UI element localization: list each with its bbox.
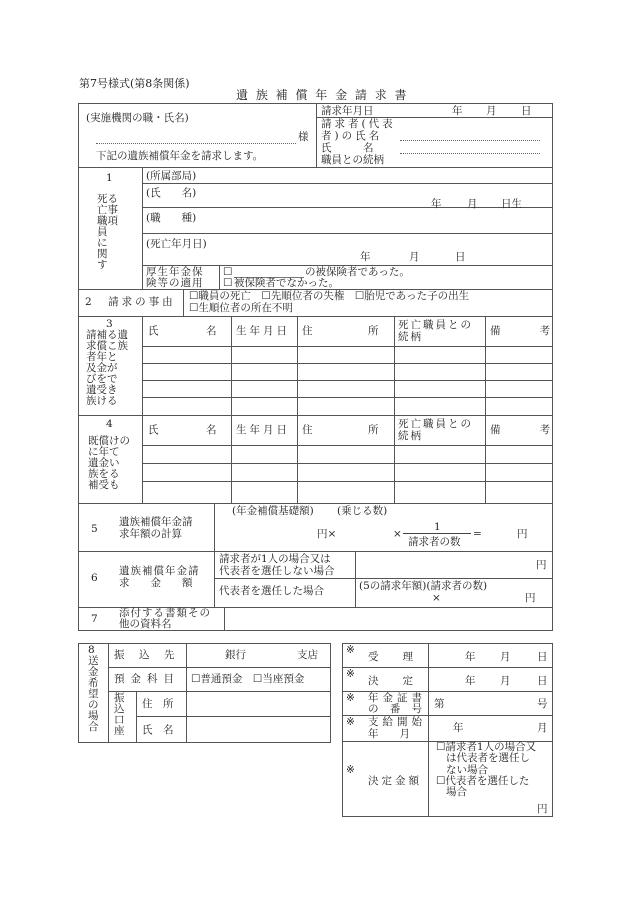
request-date-label: 請求年月日 [321,105,374,117]
section4-label: 既償けのに年て遺金い族をる補受も [88,436,130,491]
addressee-label: (実施機関の職・氏名) [86,112,189,124]
account-label: 振込口座 [114,693,125,737]
form-number: 第7号様式(第8条関係) [79,78,190,91]
section1-label: 死る亡事職項員に関す [97,194,118,271]
amount-options[interactable]: ☐請求者1人の場合又 は代表者を選任し ない場合 ☐代表者を選任した 場合 [436,742,552,799]
reason-options-line1[interactable]: ☐職員の死亡 ☐先順位者の失権 ☐胎児であった子の出生 [189,290,469,302]
section8-label: 8送金希望の場合 [88,645,99,733]
request-statement: 下記の遺族補償年金を請求します。 [96,150,263,162]
page-title: 遺 族 補 償 年 金 請 求 書 [236,89,409,103]
addressee-field[interactable] [96,143,296,144]
pension-checkbox-2[interactable]: ☐ [223,277,232,289]
account-type-checkboxes[interactable]: ☐普通預金 ☐当座預金 [191,673,304,685]
attachments-field[interactable] [226,608,551,629]
claimant-name-field[interactable] [400,140,540,141]
reason-options-line2[interactable]: ☐生順位者の所在不明 [189,302,293,314]
relation-field[interactable] [400,153,540,154]
honorific: 様 [298,131,309,143]
section3-label: 請補る遺求償こ族者年と及金がびをで遺受き族ける [86,330,128,407]
